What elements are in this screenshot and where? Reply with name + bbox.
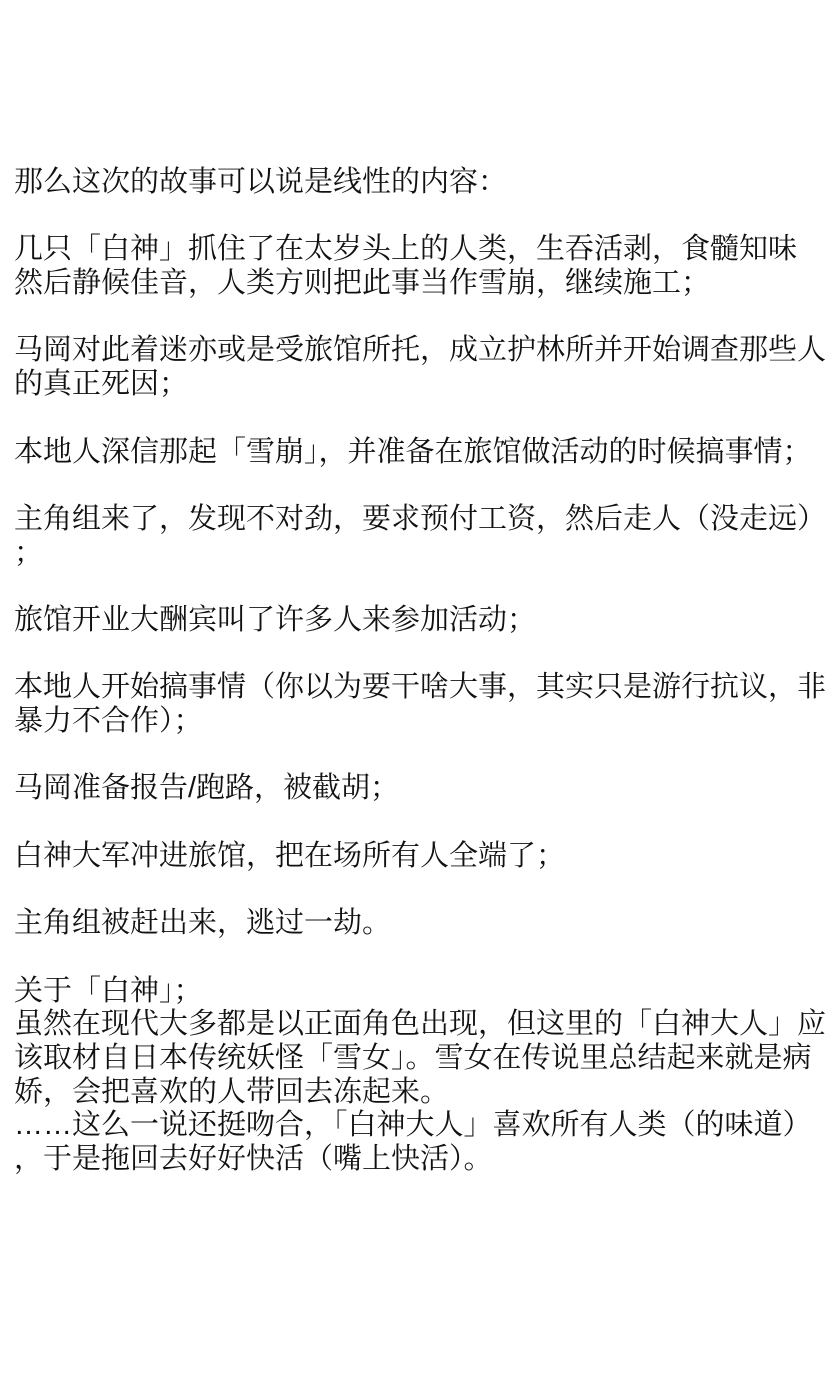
text-line: ……这么一说还挺吻合，「白神大人」喜欢所有人类（的味道） bbox=[14, 1109, 836, 1143]
text-line: 娇，会把喜欢的人带回去冻起来。 bbox=[14, 1076, 836, 1110]
paragraph: 几只「白神」抓住了在太岁头上的人类，生吞活剥，食髓知味然后静候佳音，人类方则把此… bbox=[14, 233, 836, 300]
text-line: 本地人开始搞事情（你以为要干啥大事，其实只是游行抗议，非 bbox=[14, 671, 836, 705]
paragraph: 关于「白神」；虽然在现代大多都是以正面角色出现，但这里的「白神大人」应该取材自日… bbox=[14, 975, 836, 1177]
text-line: 几只「白神」抓住了在太岁头上的人类，生吞活剥，食髓知味 bbox=[14, 233, 836, 267]
text-line: 那么这次的故事可以说是线性的内容： bbox=[14, 166, 836, 200]
text-line: 关于「白神」； bbox=[14, 975, 836, 1009]
paragraph: 主角组被赶出来，逃过一劫。 bbox=[14, 907, 836, 941]
text-page: 那么这次的故事可以说是线性的内容：几只「白神」抓住了在太岁头上的人类，生吞活剥，… bbox=[14, 166, 836, 1177]
paragraph: 旅馆开业大酬宾叫了许多人来参加活动； bbox=[14, 604, 836, 638]
text-line: 主角组来了，发现不对劲，要求预付工资，然后走人（没走远） bbox=[14, 503, 836, 537]
paragraph: 本地人深信那起「雪崩」，并准备在旅馆做活动的时候搞事情； bbox=[14, 436, 836, 470]
text-line: 白神大军冲进旅馆，把在场所有人全端了； bbox=[14, 840, 836, 874]
text-line: 马岡对此着迷亦或是受旅馆所托，成立护林所并开始调查那些人 bbox=[14, 334, 836, 368]
story-notes: 那么这次的故事可以说是线性的内容：几只「白神」抓住了在太岁头上的人类，生吞活剥，… bbox=[14, 166, 836, 1177]
text-line: 旅馆开业大酬宾叫了许多人来参加活动； bbox=[14, 604, 836, 638]
paragraph: 那么这次的故事可以说是线性的内容： bbox=[14, 166, 836, 200]
text-line: 暴力不合作）； bbox=[14, 705, 836, 739]
text-line: 该取材自日本传统妖怪「雪女」。雪女在传说里总结起来就是病 bbox=[14, 1042, 836, 1076]
paragraph: 本地人开始搞事情（你以为要干啥大事，其实只是游行抗议，非暴力不合作）； bbox=[14, 671, 836, 738]
text-line: 主角组被赶出来，逃过一劫。 bbox=[14, 907, 836, 941]
paragraph: 马岡准备报告/跑路，被截胡； bbox=[14, 772, 836, 806]
text-line: ，于是拖回去好好快活（嘴上快活）。 bbox=[14, 1143, 836, 1177]
text-line: ； bbox=[14, 537, 836, 571]
text-line: 马岡准备报告/跑路，被截胡； bbox=[14, 772, 836, 806]
paragraph: 白神大军冲进旅馆，把在场所有人全端了； bbox=[14, 840, 836, 874]
paragraph: 马岡对此着迷亦或是受旅馆所托，成立护林所并开始调查那些人的真正死因； bbox=[14, 334, 836, 401]
text-line: 本地人深信那起「雪崩」，并准备在旅馆做活动的时候搞事情； bbox=[14, 436, 836, 470]
paragraph: 主角组来了，发现不对劲，要求预付工资，然后走人（没走远）； bbox=[14, 503, 836, 570]
text-line: 然后静候佳音，人类方则把此事当作雪崩，继续施工； bbox=[14, 267, 836, 301]
text-line: 的真正死因； bbox=[14, 368, 836, 402]
text-line: 虽然在现代大多都是以正面角色出现，但这里的「白神大人」应 bbox=[14, 1008, 836, 1042]
